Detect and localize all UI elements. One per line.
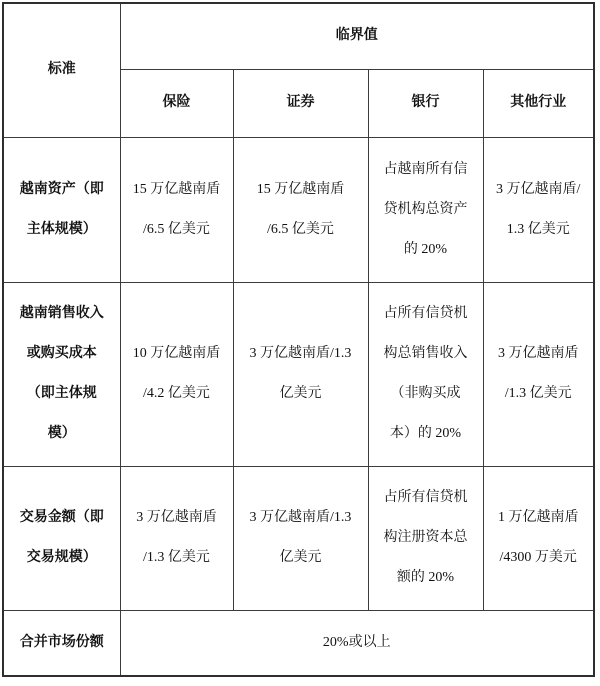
value-cell: 3 万亿越南盾 /1.3 亿美元 — [120, 466, 233, 610]
industry-header-cell-securities: 证券 — [233, 69, 368, 137]
value-cell: 3 万亿越南盾/1.3 亿美元 — [233, 282, 368, 466]
value-cell: 3 万亿越南盾 /1.3 亿美元 — [483, 282, 594, 466]
row-label-cell: 越南销售收入 或购买成本 （即主体规 模） — [3, 282, 120, 466]
value-cell: 15 万亿越南盾 /6.5 亿美元 — [233, 137, 368, 282]
row-label-cell: 交易金额（即 交易规模） — [3, 466, 120, 610]
document-page: 标准 临界值 保险 证券 银行 其他行业 越南资产（即 主体规模） 15 万亿越… — [0, 0, 600, 686]
value-cell: 占所有信贷机 构总销售收入 （非购买成 本）的 20% — [368, 282, 483, 466]
value-cell: 3 万亿越南盾/ 1.3 亿美元 — [483, 137, 594, 282]
threshold-header-cell: 临界值 — [120, 3, 594, 69]
threshold-table: 标准 临界值 保险 证券 银行 其他行业 越南资产（即 主体规模） 15 万亿越… — [2, 2, 595, 677]
value-cell: 1 万亿越南盾 /4300 万美元 — [483, 466, 594, 610]
table-row-revenue: 越南销售收入 或购买成本 （即主体规 模） 10 万亿越南盾 /4.2 亿美元 … — [3, 282, 594, 466]
table-row-assets: 越南资产（即 主体规模） 15 万亿越南盾 /6.5 亿美元 15 万亿越南盾 … — [3, 137, 594, 282]
industry-header-cell-insurance: 保险 — [120, 69, 233, 137]
value-cell: 15 万亿越南盾 /6.5 亿美元 — [120, 137, 233, 282]
industry-header-cell-other: 其他行业 — [483, 69, 594, 137]
value-cell: 占所有信贷机 构注册资本总 额的 20% — [368, 466, 483, 610]
header-row-top: 标准 临界值 — [3, 3, 594, 69]
table-row-market-share: 合并市场份额 20%或以上 — [3, 610, 594, 676]
value-cell: 占越南所有信 贷机构总资产 的 20% — [368, 137, 483, 282]
table-row-transaction: 交易金额（即 交易规模） 3 万亿越南盾 /1.3 亿美元 3 万亿越南盾/1.… — [3, 466, 594, 610]
value-cell: 10 万亿越南盾 /4.2 亿美元 — [120, 282, 233, 466]
market-share-value-cell: 20%或以上 — [120, 610, 594, 676]
criteria-header-cell: 标准 — [3, 3, 120, 137]
market-share-label-cell: 合并市场份额 — [3, 610, 120, 676]
value-cell: 3 万亿越南盾/1.3 亿美元 — [233, 466, 368, 610]
industry-header-cell-bank: 银行 — [368, 69, 483, 137]
row-label-cell: 越南资产（即 主体规模） — [3, 137, 120, 282]
